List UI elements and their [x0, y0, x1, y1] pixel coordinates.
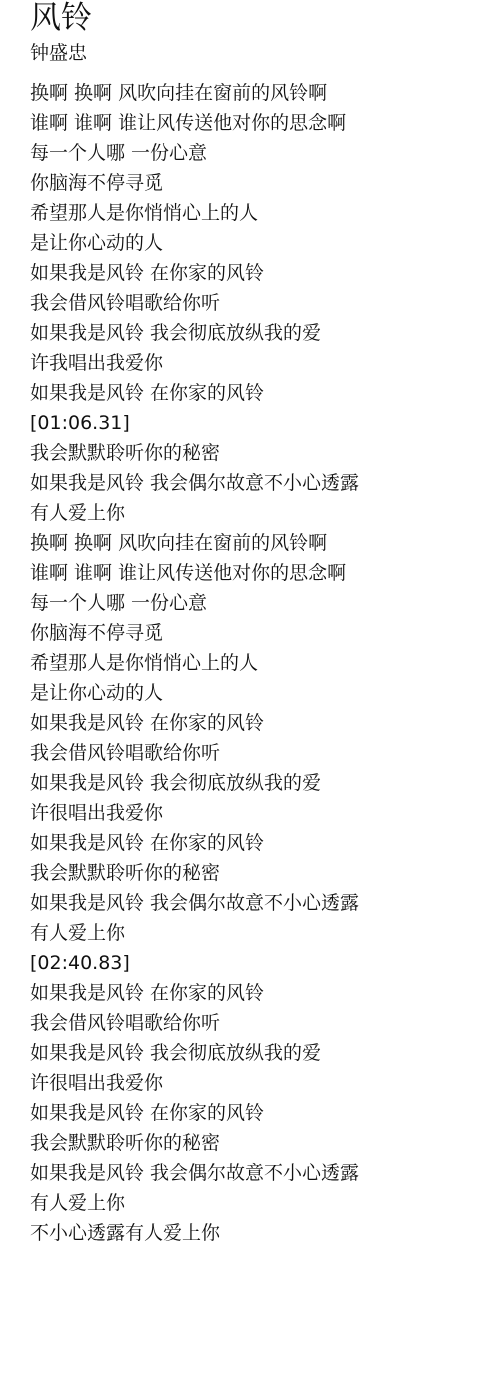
lyric-line: 是让你心动的人: [30, 678, 359, 708]
lyric-line: 如果我是风铃 在你家的风铃: [30, 258, 359, 288]
lyric-timestamp: [01:06.31]: [30, 408, 359, 438]
lyric-line: 我会借风铃唱歌给你听: [30, 1008, 359, 1038]
lyric-line: 每一个人哪 一份心意: [30, 138, 359, 168]
lyric-line: 有人爱上你: [30, 918, 359, 948]
lyric-line: 我会默默聆听你的秘密: [30, 858, 359, 888]
lyric-line: 我会借风铃唱歌给你听: [30, 288, 359, 318]
song-title: 风铃: [30, 0, 92, 36]
lyric-line: 希望那人是你悄悄心上的人: [30, 648, 359, 678]
lyric-line: 我会默默聆听你的秘密: [30, 1128, 359, 1158]
lyric-line: 许我唱出我爱你: [30, 348, 359, 378]
lyric-line: 有人爱上你: [30, 498, 359, 528]
lyric-line: 如果我是风铃 我会偶尔故意不小心透露: [30, 888, 359, 918]
lyric-line: 谁啊 谁啊 谁让风传送他对你的思念啊: [30, 108, 359, 138]
lyric-line: 许很唱出我爱你: [30, 798, 359, 828]
lyric-line: 不小心透露有人爱上你: [30, 1218, 359, 1248]
lyric-line: 如果我是风铃 在你家的风铃: [30, 828, 359, 858]
lyric-line: 如果我是风铃 在你家的风铃: [30, 1098, 359, 1128]
lyric-line: 换啊 换啊 风吹向挂在窗前的风铃啊: [30, 528, 359, 558]
lyric-line: 许很唱出我爱你: [30, 1068, 359, 1098]
artist-name: 钟盛忠: [30, 41, 87, 65]
lyric-line: 每一个人哪 一份心意: [30, 588, 359, 618]
lyric-line: 有人爱上你: [30, 1188, 359, 1218]
lyric-line: 我会借风铃唱歌给你听: [30, 738, 359, 768]
lyric-line: 如果我是风铃 我会彻底放纵我的爱: [30, 1038, 359, 1068]
lyric-line: 如果我是风铃 我会彻底放纵我的爱: [30, 768, 359, 798]
lyric-timestamp: [02:40.83]: [30, 948, 359, 978]
lyric-line: 是让你心动的人: [30, 228, 359, 258]
lyric-line: 如果我是风铃 在你家的风铃: [30, 708, 359, 738]
lyric-line: 谁啊 谁啊 谁让风传送他对你的思念啊: [30, 558, 359, 588]
lyric-line: 如果我是风铃 我会偶尔故意不小心透露: [30, 1158, 359, 1188]
lyric-line: 如果我是风铃 在你家的风铃: [30, 978, 359, 1008]
lyric-line: 你脑海不停寻觅: [30, 618, 359, 648]
lyric-line: 我会默默聆听你的秘密: [30, 438, 359, 468]
lyrics-list: 换啊 换啊 风吹向挂在窗前的风铃啊 谁啊 谁啊 谁让风传送他对你的思念啊 每一个…: [30, 78, 359, 1248]
lyric-line: 如果我是风铃 在你家的风铃: [30, 378, 359, 408]
lyric-line: 换啊 换啊 风吹向挂在窗前的风铃啊: [30, 78, 359, 108]
lyric-line: 如果我是风铃 我会彻底放纵我的爱: [30, 318, 359, 348]
lyric-line: 希望那人是你悄悄心上的人: [30, 198, 359, 228]
lyric-line: 你脑海不停寻觅: [30, 168, 359, 198]
lyric-line: 如果我是风铃 我会偶尔故意不小心透露: [30, 468, 359, 498]
